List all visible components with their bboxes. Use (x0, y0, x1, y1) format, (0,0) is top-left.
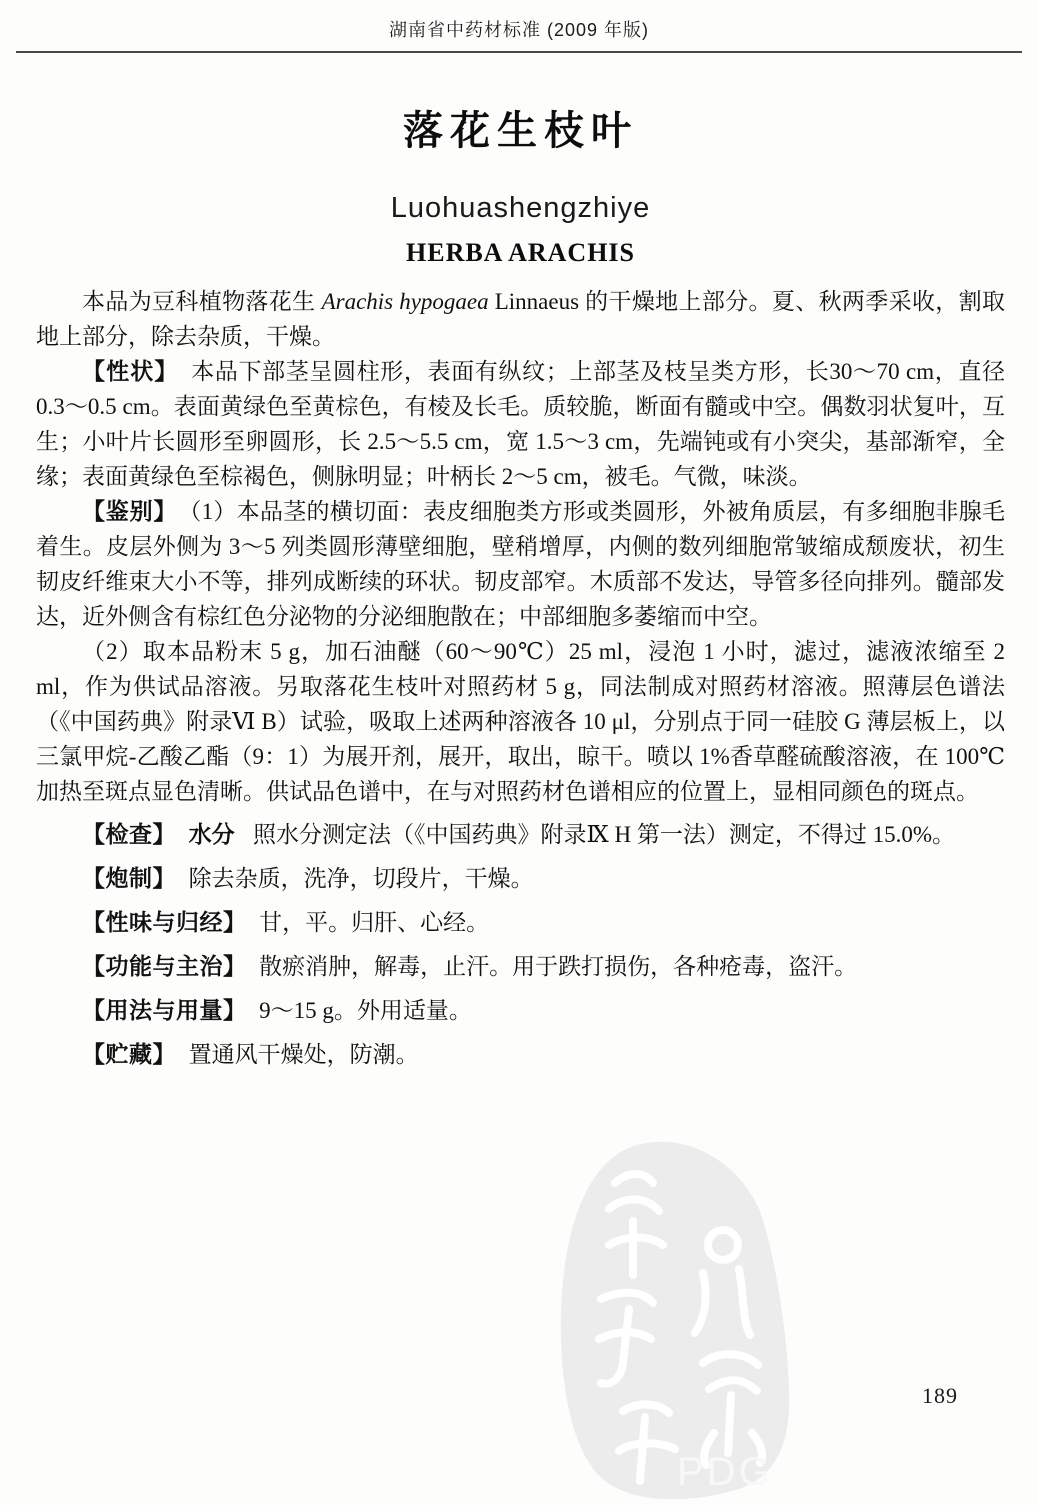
intro-paragraph: 本品为豆科植物落花生 Arachis hypogaea Linnaeus 的干燥… (36, 284, 1005, 354)
document-page: 湖南省中药材标准 (2009 年版) 落花生枝叶 Luohuashengzhiy… (0, 0, 1038, 1505)
section-paragraph-jianbie-2: （2）取本品粉末 5 g，加石油醚（60～90℃）25 ml，浸泡 1 小时，滤… (36, 634, 1005, 809)
section-text: 置通风干燥处，防潮。 (189, 1042, 419, 1067)
page-number: 189 (905, 1383, 975, 1409)
intro-text-pre: 本品为豆科植物落花生 (82, 289, 322, 314)
section-label: 【贮藏】 (82, 1041, 176, 1067)
section-paragraph-xingwei: 【性味与归经】甘，平。归肝、心经。 (36, 904, 1005, 941)
section-paragraph-yongfa: 【用法与用量】9～15 g。外用适量。 (36, 992, 1005, 1029)
section-text: 除去杂质，洗净，切段片，干燥。 (189, 866, 534, 891)
watermark-pdg-text: PDG (677, 1450, 773, 1494)
section-text: 散瘀消肿，解毒，止汗。用于跌打损伤，各种疮毒，盗汗。 (259, 954, 857, 979)
seal-stamp-icon: PDG (553, 1133, 813, 1505)
monograph-body: 本品为豆科植物落花生 Arachis hypogaea Linnaeus 的干燥… (36, 284, 1005, 1073)
pinyin-name: Luohuashengzhiye (36, 192, 1005, 225)
section-text: 本品下部茎呈圆柱形，表面有纵纹；上部茎及枝呈类方形，长30～70 cm，直径0.… (36, 359, 1005, 489)
section-label: 【性状】 (82, 358, 179, 384)
running-header: 湖南省中药材标准 (2009 年版) (0, 0, 1038, 42)
section-text: （1）本品茎的横切面：表皮细胞类方形或类圆形，外被角质层，有多细胞非腺毛着生。皮… (36, 499, 1005, 629)
section-text: 照水分测定法（《中国药典》附录Ⅸ H 第一法）测定，不得过 15.0%。 (253, 822, 955, 847)
watermark-seal: PDG (553, 1133, 813, 1505)
intro-latin-binomial: Arachis hypogaea (322, 289, 489, 314)
section-paragraph-paozhi: 【炮制】除去杂质，洗净，切段片，干燥。 (36, 860, 1005, 897)
section-text: 甘，平。归肝、心经。 (259, 910, 489, 935)
section-paragraph-jiancha: 【检查】水分照水分测定法（《中国药典》附录Ⅸ H 第一法）测定，不得过 15.0… (36, 816, 1005, 853)
section-label: 【炮制】 (82, 865, 176, 891)
section-text: 9～15 g。外用适量。 (259, 998, 472, 1023)
section-paragraph-zhucang: 【贮藏】置通风干燥处，防潮。 (36, 1036, 1005, 1073)
section-paragraph-xingzhuang: 【性状】本品下部茎呈圆柱形，表面有纵纹；上部茎及枝呈类方形，长30～70 cm，… (36, 354, 1005, 494)
section-label: 【用法与用量】 (82, 997, 247, 1023)
section-label: 【检查】 (82, 821, 176, 847)
latin-name: HERBA ARACHIS (36, 238, 1005, 268)
section-label: 【鉴别】 (82, 498, 177, 524)
section-text: （2）取本品粉末 5 g，加石油醚（60～90℃）25 ml，浸泡 1 小时，滤… (36, 639, 1005, 804)
section-paragraph-gongneng: 【功能与主治】散瘀消肿，解毒，止汗。用于跌打损伤，各种疮毒，盗汗。 (36, 948, 1005, 985)
monograph-content: 落花生枝叶 Luohuashengzhiye HERBA ARACHIS 本品为… (0, 99, 1038, 1073)
header-rule (16, 51, 1022, 53)
section-paragraph-jianbie: 【鉴别】（1）本品茎的横切面：表皮细胞类方形或类圆形，外被角质层，有多细胞非腺毛… (36, 494, 1005, 634)
section-label: 【性味与归经】 (82, 909, 247, 935)
section-label: 【功能与主治】 (82, 953, 247, 979)
monograph-title: 落花生枝叶 (36, 99, 1005, 156)
subsection-label: 水分 (189, 821, 235, 847)
